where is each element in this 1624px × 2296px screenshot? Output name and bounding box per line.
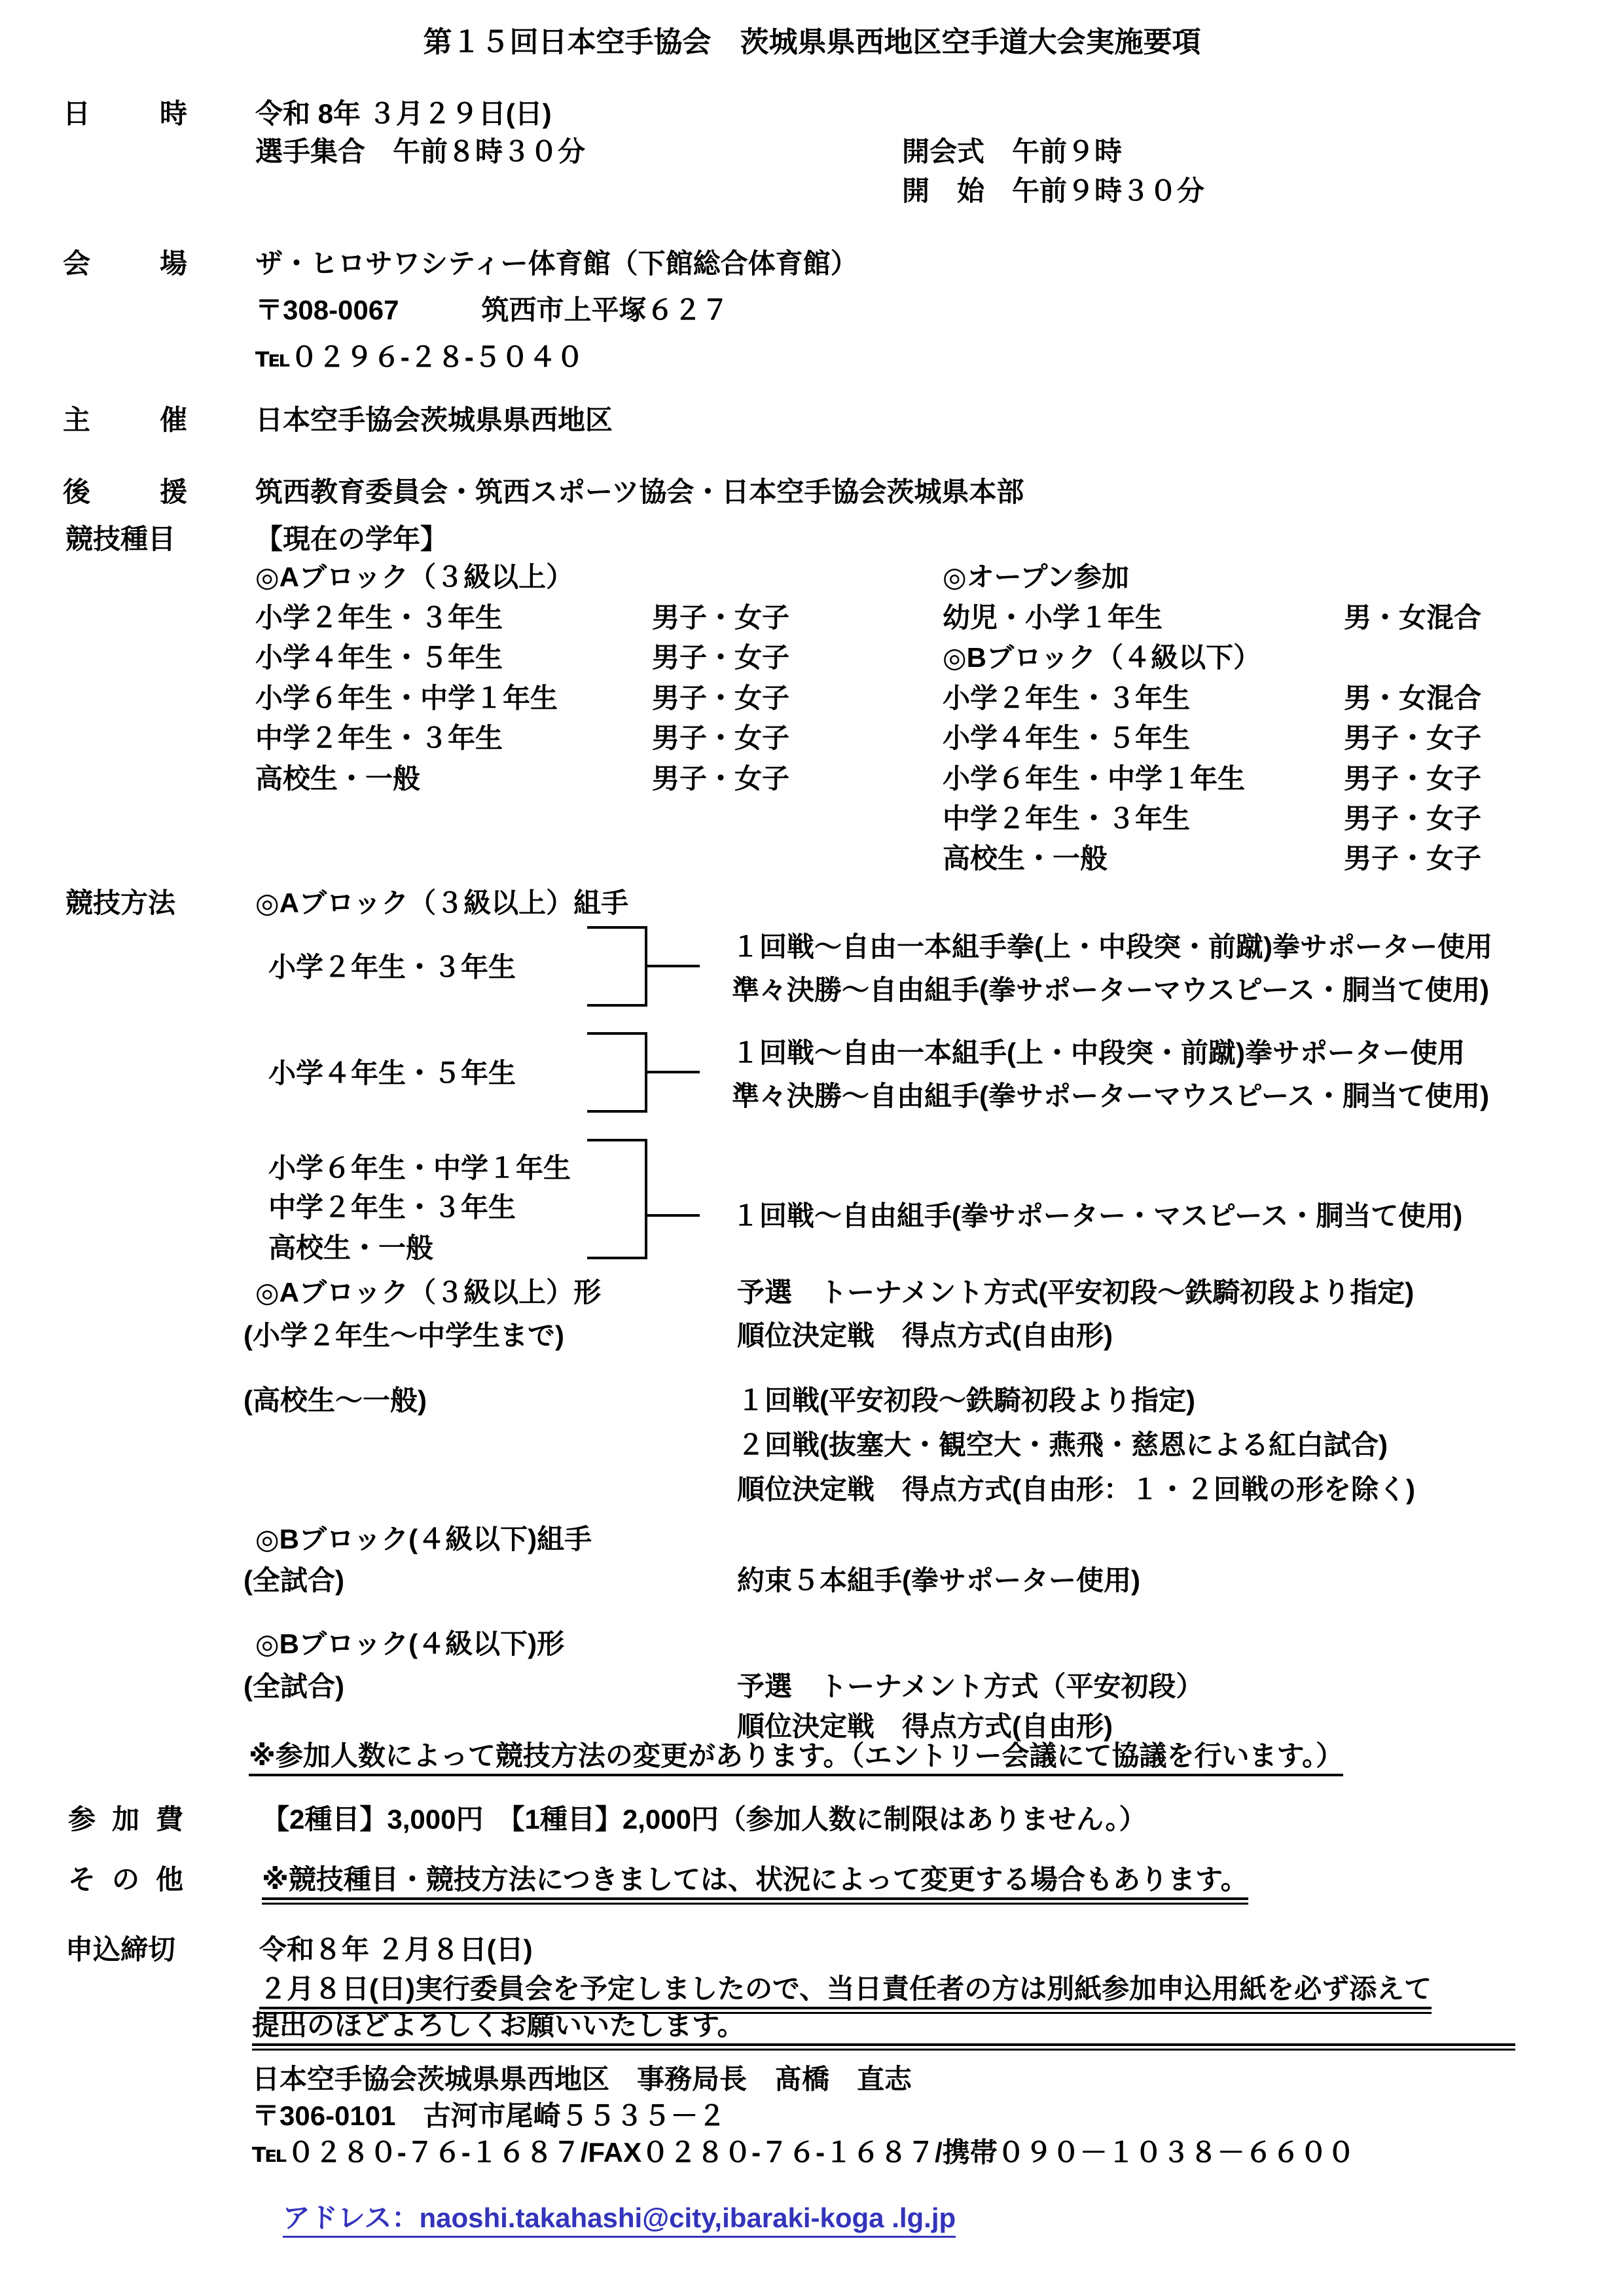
- method-label: 競技方法: [65, 888, 175, 918]
- deadline-note1: ２月８日(日)実行委員会を予定しましたので、当日責任者の方は別紙参加申込用紙を必…: [259, 1974, 1432, 2004]
- events-left-category: 高校生・一般: [255, 764, 420, 794]
- events-right-gender: 男・女混合: [1344, 603, 1481, 633]
- fee-label-char3: 費: [156, 1804, 183, 1835]
- kata-a-sub: (小学２年生～中学生まで): [244, 1321, 564, 1351]
- kata-b-rule: 予選 トーナメント方式（平安初段）: [737, 1672, 1203, 1702]
- events-left-gender: 男子・女子: [652, 643, 789, 673]
- kata-b-sub: (全試合): [244, 1672, 344, 1702]
- fee-label-char2: 加: [112, 1804, 139, 1835]
- events-right-gender: 男子・女子: [1344, 764, 1481, 794]
- tournament-bracket-2: [587, 1032, 647, 1113]
- deadline-date: 令和８年 ２月８日(日): [259, 1935, 533, 1965]
- events-right-category: 小学４年生・５年生: [943, 723, 1190, 753]
- kata-a-adult-sub: (高校生～一般): [244, 1386, 427, 1416]
- contact-address: 〒306-0101 古河市尾崎５５３５－２: [252, 2101, 726, 2131]
- datetime-label-char1: 日: [63, 99, 90, 129]
- host-label: 主 催: [63, 405, 187, 435]
- method-bracket2-rule: 準々決勝～自由組手(拳サポーターマウスピース・胴当て使用): [732, 1081, 1489, 1111]
- method-bracket1-rule: １回戦～自由一本組手拳(上・中段突・前蹴)拳サポーター使用: [732, 932, 1492, 962]
- events-left-block-a-title: ◎Aブロック（３級以上）: [255, 562, 573, 592]
- other-label: そ の 他: [68, 1865, 183, 1895]
- other-label-char1: そ: [68, 1865, 96, 1895]
- host-value: 日本空手協会茨城県県西地区: [255, 405, 613, 435]
- tournament-bracket-1: [587, 926, 647, 1007]
- method-bracket2-category: 小学４年生・５年生: [268, 1058, 516, 1088]
- email-address: naoshi.takahashi@city,ibaraki-koga .lg.j…: [419, 2202, 956, 2233]
- document-page: 第１５回日本空手協会 茨城県県西地区空手道大会実施要項 日 時 令和 8年 ３月…: [0, 0, 1624, 2296]
- support-value: 筑西教育委員会・筑西スポーツ協会・日本空手協会茨城県本部: [255, 477, 1024, 507]
- tournament-bracket-3: [587, 1139, 647, 1259]
- method-bracket3-category: 高校生・一般: [268, 1233, 433, 1263]
- method-note-text: ※参加人数によって競技方法の変更があります。（エントリー会議にて協議を行います。…: [249, 1740, 1343, 1776]
- events-right-category: 中学２年生・３年生: [943, 804, 1190, 834]
- events-header: 【現在の学年】: [255, 524, 448, 554]
- tournament-bracket-3-arm: [647, 1214, 700, 1217]
- events-right-gender: 男子・女子: [1344, 804, 1481, 834]
- assembly-time: 選手集合 午前８時３０分: [255, 137, 585, 167]
- support-label-char2: 援: [160, 477, 187, 507]
- fee-label-char1: 参: [68, 1804, 96, 1835]
- datetime-label: 日 時: [63, 99, 187, 129]
- events-right-open-title: ◎オープン参加: [943, 562, 1129, 592]
- venue-label: 会 場: [63, 249, 187, 279]
- kata-a-title: ◎Aブロック（３級以上）形: [255, 1278, 601, 1308]
- other-label-char3: 他: [156, 1865, 183, 1895]
- other-value: ※競技種目・競技方法につきましては、状況によって変更する場合もあります。: [262, 1865, 1248, 1895]
- deadline-note1-text: ２月８日(日)実行委員会を予定しましたので、当日責任者の方は別紙参加申込用紙を必…: [259, 1973, 1432, 2009]
- events-left-gender: 男子・女子: [652, 683, 789, 713]
- contact-email-line: アドレス：naoshi.takahashi@city,ibaraki-koga …: [252, 2173, 956, 2263]
- events-right-gender: 男子・女子: [1344, 723, 1481, 753]
- kata-b-title: ◎Bブロック(４級以下)形: [255, 1629, 564, 1659]
- events-right-category: 高校生・一般: [943, 844, 1108, 874]
- contact-org: 日本空手協会茨城県県西地区 事務局長 髙橋 直志: [252, 2064, 912, 2094]
- kata-a-rule: 予選 トーナメント方式(平安初段～鉄騎初段より指定): [737, 1278, 1414, 1308]
- datetime-label-char2: 時: [160, 99, 187, 129]
- method-bracket3-rule: １回戦～自由組手(拳サポーター・マスピース・胴当て使用): [732, 1201, 1462, 1231]
- event-date: 令和 8年 ３月２９日(日): [255, 99, 552, 129]
- events-left-category: 小学２年生・３年生: [255, 603, 503, 633]
- events-right-category: 小学２年生・３年生: [943, 683, 1190, 713]
- method-bracket3-category: 小学６年生・中学１年生: [268, 1153, 571, 1183]
- events-right-gender: 男子・女子: [1344, 844, 1481, 874]
- venue-name: ザ・ヒロサワシティー体育館（下館総合体育館）: [255, 249, 858, 279]
- email-link[interactable]: アドレス：naoshi.takahashi@city,ibaraki-koga …: [283, 2202, 956, 2238]
- host-label-char2: 催: [160, 405, 187, 435]
- kata-a-adult-rule: 順位決定戦 得点方式(自由形：１・２回戦の形を除く): [737, 1475, 1415, 1505]
- events-left-category: 小学４年生・５年生: [255, 643, 503, 673]
- deadline-note2: 提出のほどよろしくお願いいたします。: [252, 2011, 1515, 2046]
- kata-a-rule: 順位決定戦 得点方式(自由形): [737, 1321, 1113, 1351]
- events-left-gender: 男子・女子: [652, 603, 789, 633]
- events-label: 競技種目: [65, 524, 175, 554]
- events-right-category: 小学６年生・中学１年生: [943, 764, 1245, 794]
- events-right-category: 幼児・小学１年生: [943, 603, 1163, 633]
- support-label: 後 援: [63, 477, 187, 507]
- method-header: ◎Aブロック（３級以上）組手: [255, 888, 628, 918]
- email-label: アドレス：: [283, 2202, 420, 2233]
- deadline-note2-text: 提出のほどよろしくお願いいたします。: [252, 2011, 1515, 2046]
- opening-ceremony-time: 開会式 午前９時: [902, 137, 1122, 167]
- fee-label: 参 加 費: [68, 1804, 183, 1835]
- events-left-category: 小学６年生・中学１年生: [255, 683, 558, 713]
- tournament-bracket-2-arm: [647, 1071, 700, 1073]
- kumite-b-rule: 約束５本組手(拳サポーター使用): [737, 1566, 1140, 1596]
- events-left-gender: 男子・女子: [652, 764, 789, 794]
- venue-label-char2: 場: [160, 249, 187, 279]
- events-left-category: 中学２年生・３年生: [255, 723, 503, 753]
- method-bracket2-rule: １回戦～自由一本組手(上・中段突・前蹴)拳サポーター使用: [732, 1038, 1465, 1068]
- other-label-char2: の: [112, 1865, 139, 1895]
- events-right-block-b-title: ◎Bブロック（４級以下）: [943, 643, 1261, 673]
- tournament-bracket-1-arm: [647, 965, 700, 967]
- support-label-char1: 後: [63, 477, 90, 507]
- kata-a-adult-rule: ２回戦(抜塞大・観空大・燕飛・慈恩による紅白試合): [737, 1430, 1388, 1460]
- kumite-b-title: ◎Bブロック(４級以下)組手: [255, 1524, 592, 1554]
- deadline-label: 申込締切: [65, 1935, 175, 1965]
- contact-tel: ℡０２８０-７６-１６８７/FAX０２８０-７６-１６８７/携帯０９０－１０３８…: [252, 2138, 1355, 2168]
- events-left-gender: 男子・女子: [652, 723, 789, 753]
- fee-value: 【2種目】3,000円 【1種目】2,000円（参加人数に制限はありません。）: [262, 1804, 1146, 1835]
- kata-a-adult-rule: １回戦(平安初段～鉄騎初段より指定): [737, 1386, 1195, 1416]
- venue-address: 〒308-0067 筑西市上平塚６２７: [255, 295, 729, 325]
- kumite-b-sub: (全試合): [244, 1566, 344, 1596]
- venue-tel: ℡０２９６-２８-５０４０: [255, 342, 584, 372]
- method-note: ※参加人数によって競技方法の変更があります。（エントリー会議にて協議を行います。…: [249, 1741, 1343, 1771]
- events-right-gender: 男・女混合: [1344, 683, 1481, 713]
- method-bracket1-rule: 準々決勝～自由組手(拳サポーターマウスピース・胴当て使用): [732, 975, 1489, 1005]
- method-bracket1-category: 小学２年生・３年生: [268, 952, 516, 982]
- venue-label-char1: 会: [63, 249, 90, 279]
- method-bracket3-category: 中学２年生・３年生: [268, 1193, 516, 1223]
- start-time: 開 始 午前９時３０分: [902, 176, 1204, 206]
- page-title: 第１５回日本空手協会 茨城県県西地区空手道大会実施要項: [0, 27, 1624, 58]
- other-value-text: ※競技種目・競技方法につきましては、状況によって変更する場合もあります。: [262, 1864, 1248, 1900]
- kata-b-rule: 順位決定戦 得点方式(自由形): [737, 1712, 1113, 1742]
- host-label-char1: 主: [63, 405, 90, 435]
